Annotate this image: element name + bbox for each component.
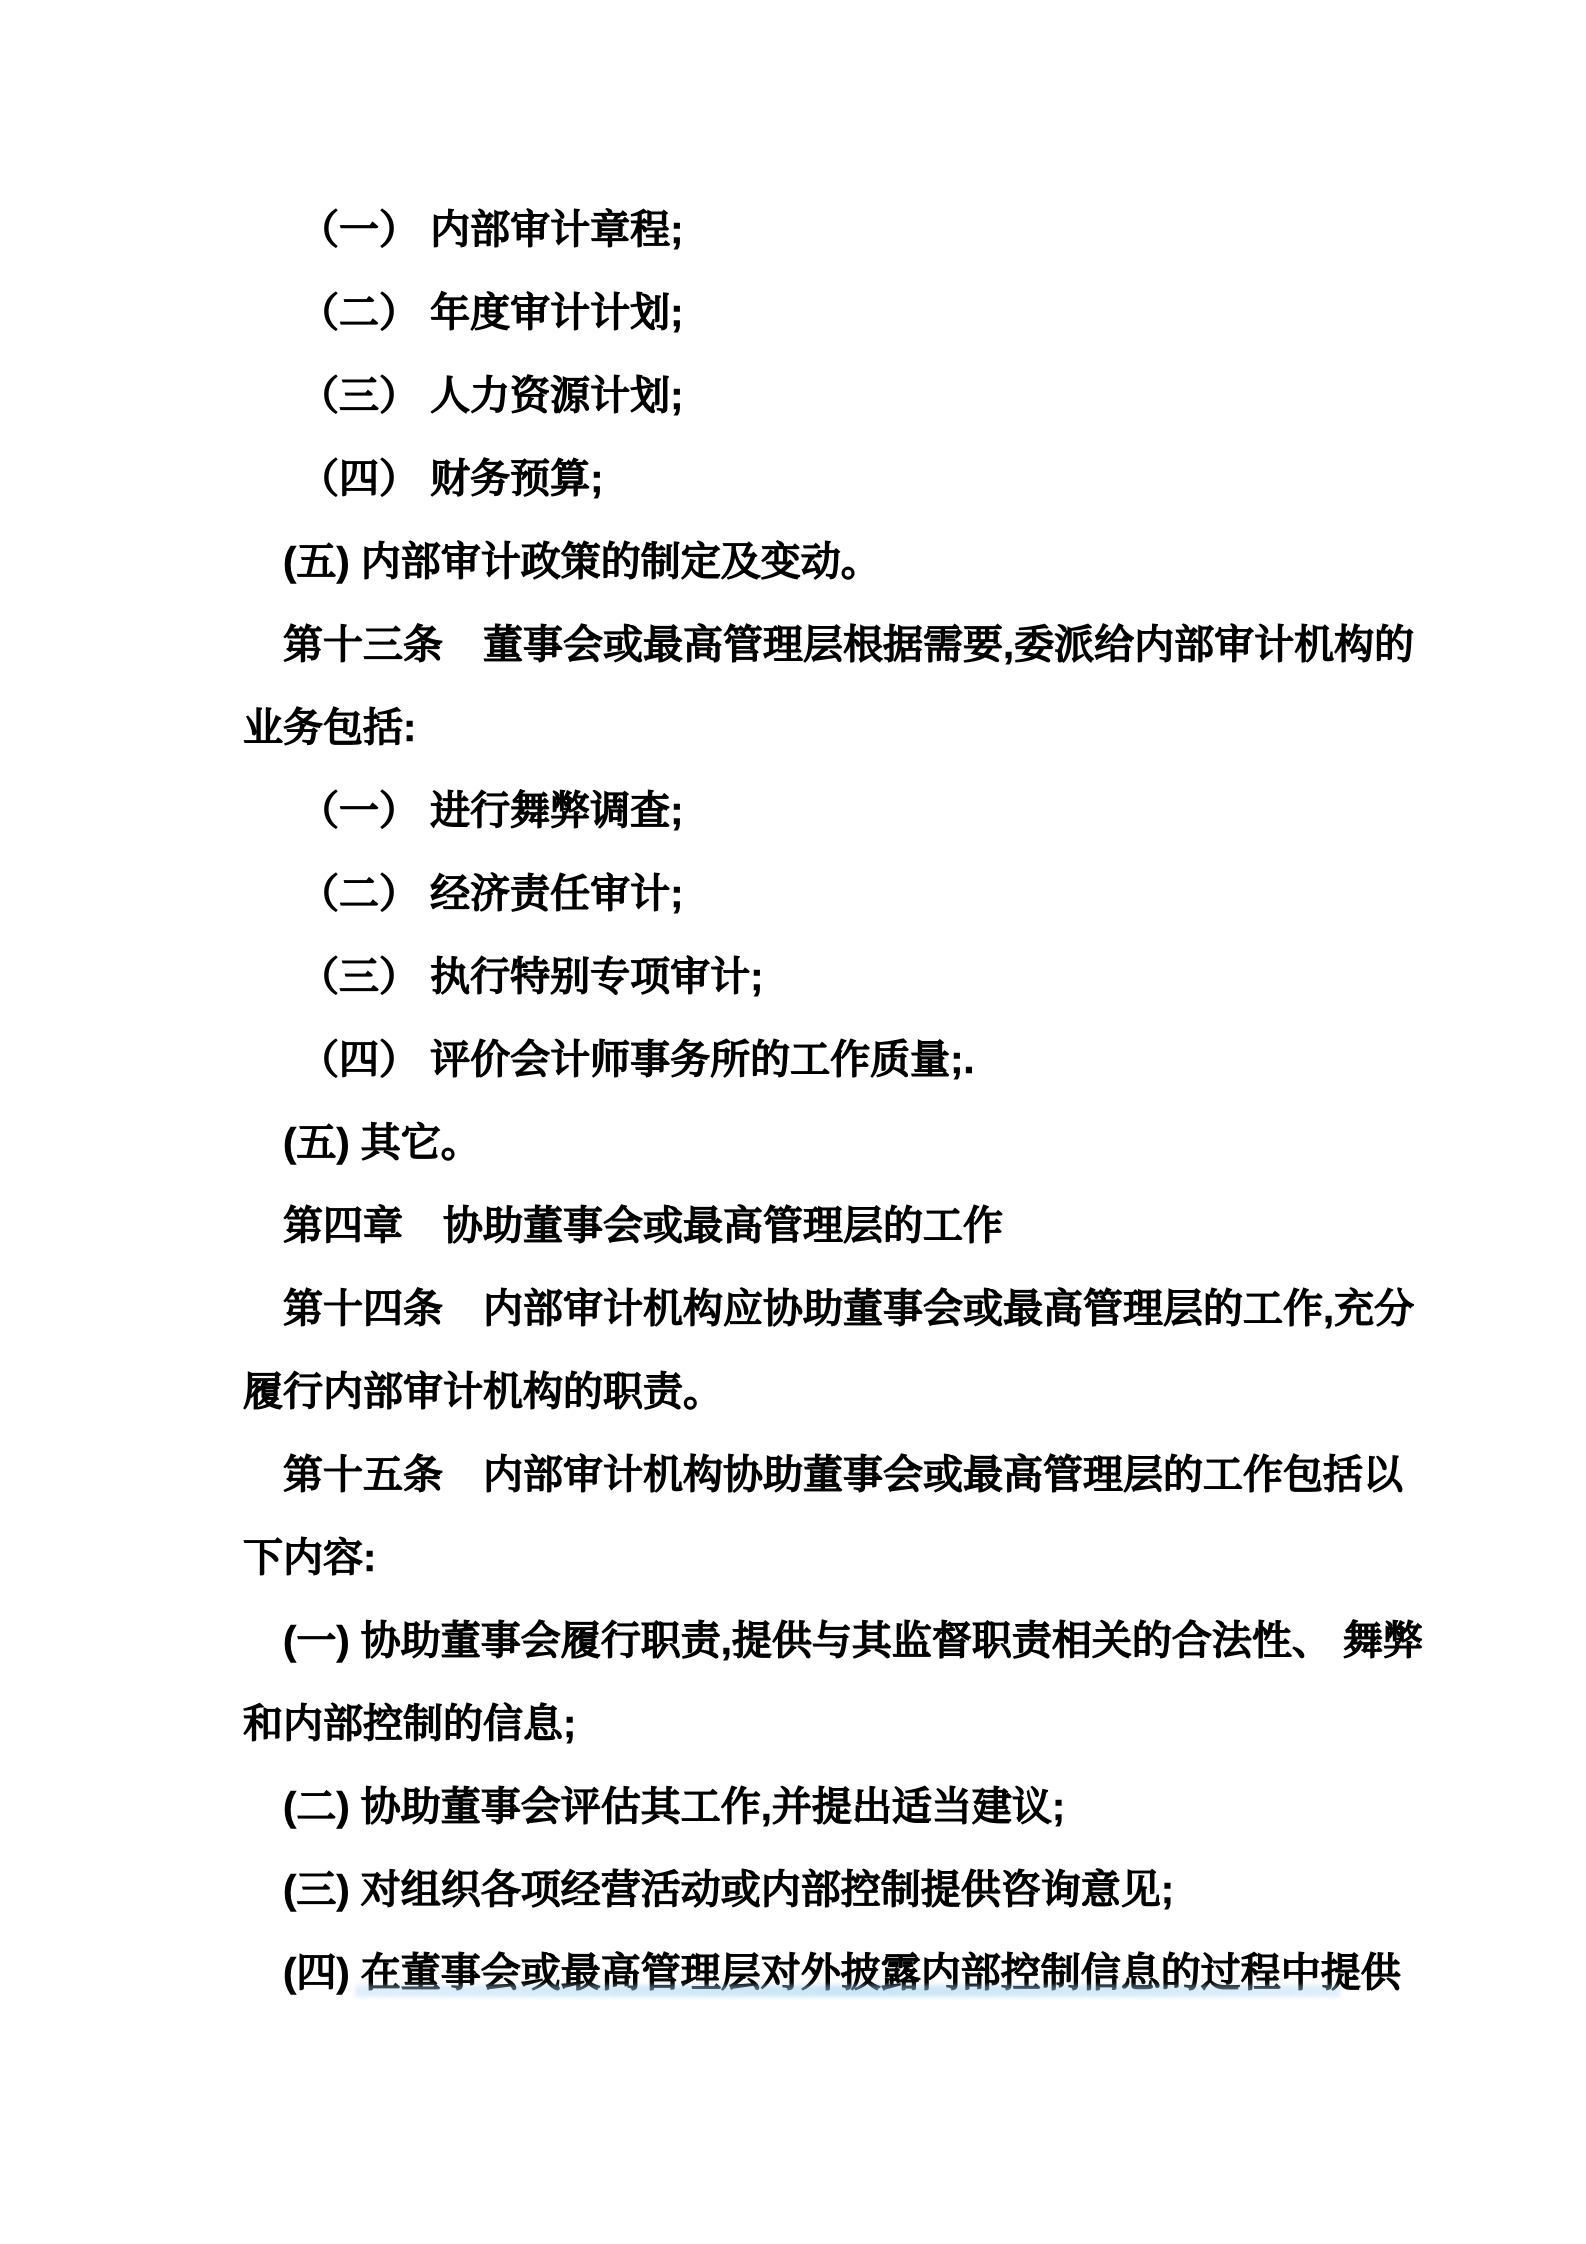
text-line: 第十四条 内部审计机构应协助董事会或最高管理层的工作,充分	[243, 1268, 1463, 1351]
text-line: (二) 协助董事会评估其工作,并提出适当建议;	[243, 1766, 1463, 1849]
text-line: (一) 协助董事会履行职责,提供与其监督职责相关的合法性、 舞弊	[243, 1600, 1463, 1683]
text-line: 履行内部审计机构的职责。	[243, 1351, 1463, 1434]
text-line: 下内容:	[243, 1517, 1463, 1600]
text-line: （二） 年度审计计划;	[243, 272, 1463, 355]
document-body: （一） 内部审计章程;（二） 年度审计计划;（三） 人力资源计划;（四） 财务预…	[243, 189, 1463, 2015]
document-page: （一） 内部审计章程;（二） 年度审计计划;（三） 人力资源计划;（四） 财务预…	[0, 0, 1586, 2244]
text-line: （三） 人力资源计划;	[243, 355, 1463, 438]
text-line: (五) 内部审计政策的制定及变动。	[243, 521, 1463, 604]
text-line: 第四章 协助董事会或最高管理层的工作	[243, 1185, 1463, 1268]
text-line: (五) 其它。	[243, 1102, 1463, 1185]
text-line: 和内部控制的信息;	[243, 1683, 1463, 1766]
text-line: (三) 对组织各项经营活动或内部控制提供咨询意见;	[243, 1849, 1463, 1932]
text-line: (四) 在董事会或最高管理层对外披露内部控制信息的过程中提供	[243, 1932, 1463, 2015]
text-line: 业务包括:	[243, 687, 1463, 770]
text-line: 第十五条 内部审计机构协助董事会或最高管理层的工作包括以	[243, 1434, 1463, 1517]
text-line: （四） 财务预算;	[243, 438, 1463, 521]
text-line: 第十三条 董事会或最高管理层根据需要,委派给内部审计机构的	[243, 604, 1463, 687]
text-line: （三） 执行特别专项审计;	[243, 936, 1463, 1019]
text-line: （一） 内部审计章程;	[243, 189, 1463, 272]
text-line: （四） 评价会计师事务所的工作质量;.	[243, 1019, 1463, 1102]
text-line: （一） 进行舞弊调查;	[243, 770, 1463, 853]
text-line: （二） 经济责任审计;	[243, 853, 1463, 936]
